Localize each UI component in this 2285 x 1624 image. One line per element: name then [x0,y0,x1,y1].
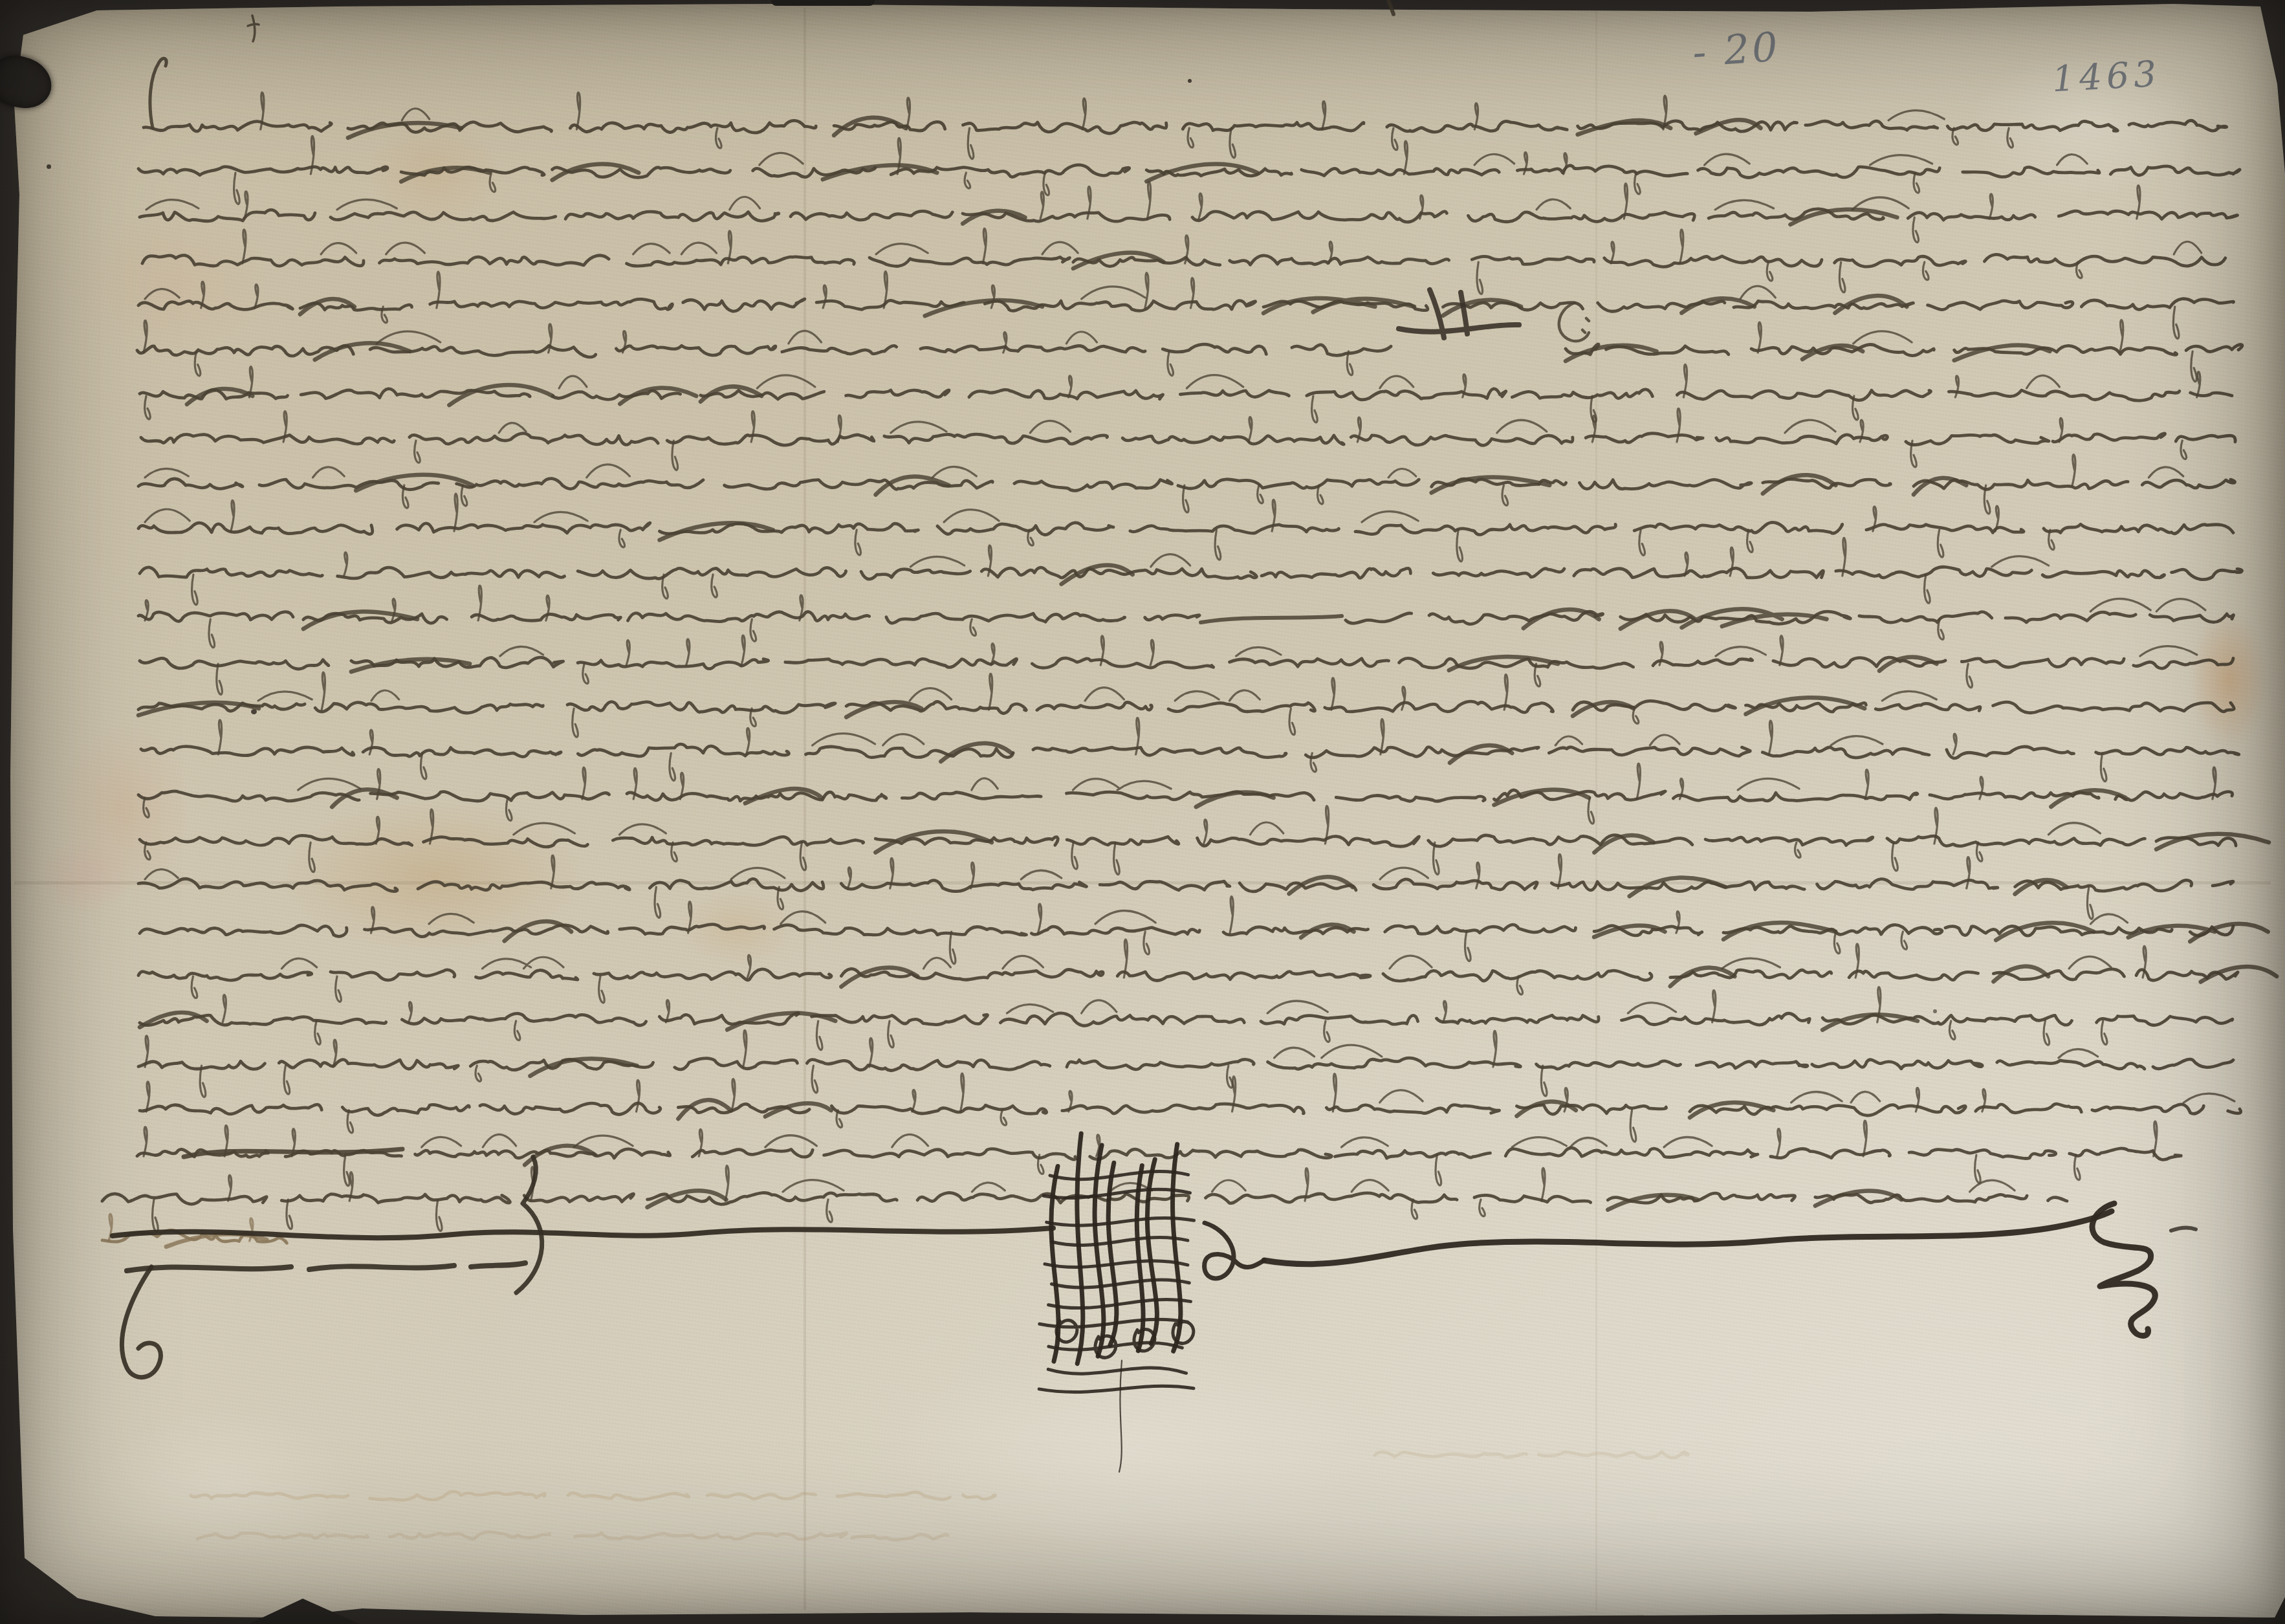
body-text-lines [102,93,2277,1232]
ink-showthrough [191,1452,1688,1540]
handwriting-layer [0,0,2285,1624]
archival-folio-number: - 20 [1691,23,1782,76]
archival-year-annotation: 1463 [2051,53,2161,100]
paper-edge-gap [771,0,875,6]
notary-rubric-signature [1039,1134,1194,1472]
scanned-document-photo: - 20 1463 [0,0,2285,1624]
